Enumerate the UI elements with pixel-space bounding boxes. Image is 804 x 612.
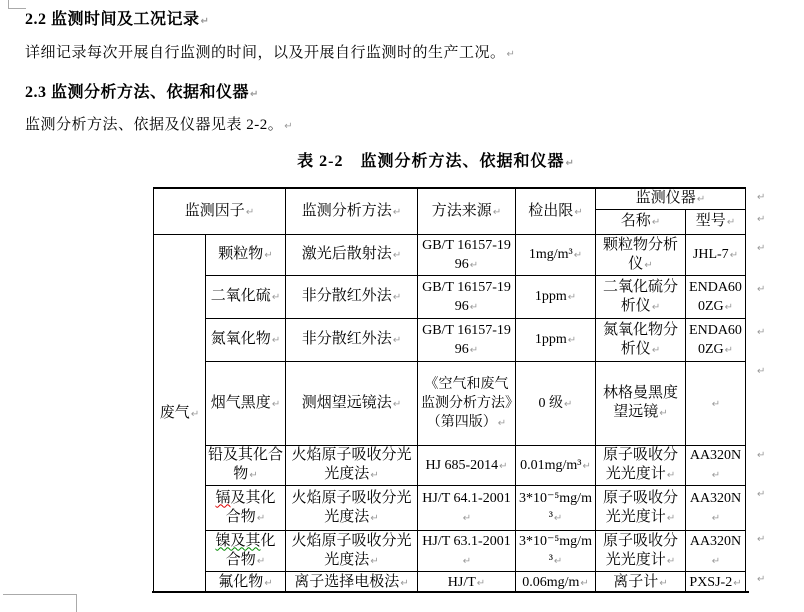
header-cell-limit-text: 检出限 <box>528 203 573 219</box>
cell-instrument-model-text: AA320N <box>690 448 741 463</box>
header-cell-instrument-name-text: 名称 <box>621 213 651 229</box>
cell-source-text: HJ 685-2014 <box>425 458 498 473</box>
paragraph-mark: ↵ <box>568 292 576 303</box>
paragraph-mark: ↵ <box>201 16 210 27</box>
header-cell-instrument-model-text: 型号 <box>696 213 726 229</box>
paragraph-mark: ↵ <box>272 399 280 410</box>
paragraph-mark: ↵ <box>463 513 471 524</box>
header-cell-limit: 检出限↵ <box>516 188 596 235</box>
header-cell-method-text: 监测分析方法 <box>302 203 392 219</box>
table-row: 废气↵颗粒物↵激光后散射法↵GB/T 16157-1996↵1mg/m³↵颗粒物… <box>154 235 746 276</box>
table-caption-text: 表 2-2 监测分析方法、依据和仪器 <box>297 153 564 170</box>
cell-source: GB/T 16157-1996↵ <box>418 319 516 362</box>
cell-source: HJ/T 64.1-2001↵ <box>418 486 516 531</box>
factor-text-squiggle-green: 镍及其 <box>215 533 260 549</box>
cell-source-text: HJ/T <box>448 575 476 590</box>
cell-limit: 1mg/m³↵ <box>516 235 596 276</box>
paragraph-mark: ↵ <box>264 578 272 589</box>
table-row: 氮氧化物↵非分散红外法↵GB/T 16157-1996↵1ppm↵氮氧化物分析仪… <box>154 319 746 362</box>
row-end-mark: ↵ <box>757 243 765 254</box>
paragraph-mark: ↵ <box>725 302 733 313</box>
table-row: 氟化物↵离子选择电极法↵HJ/T↵0.06mg/m↵离子计↵PXSJ-2↵ <box>154 572 746 592</box>
paragraph-mark: ↵ <box>257 556 265 567</box>
paragraph-mark: ↵ <box>712 513 720 524</box>
cell-factor: 烟气黑度↵ <box>206 362 286 446</box>
table-body: 废气↵颗粒物↵激光后散射法↵GB/T 16157-1996↵1mg/m³↵颗粒物… <box>154 235 746 592</box>
paragraph-mark: ↵ <box>667 556 675 567</box>
paragraph-mark: ↵ <box>659 578 667 589</box>
factor-text: 烟气黑度 <box>211 395 271 411</box>
text-boundary-mark-top-left-v <box>8 0 9 8</box>
cell-limit-text: 1ppm <box>535 289 567 304</box>
cell-limit: 0.06mg/m↵ <box>516 572 596 592</box>
cell-instrument-model-text: AA320N <box>690 534 741 549</box>
row-end-mark: ↵ <box>757 489 765 500</box>
cell-method-text: 测烟望远镜法 <box>302 395 392 411</box>
paragraph-mark: ↵ <box>477 578 485 589</box>
header-row-1: 监测因子↵监测分析方法↵方法来源↵检出限↵监测仪器↵ <box>154 188 746 210</box>
cell-instrument-name-text: 氮氧化物分析仪 <box>603 322 678 357</box>
cell-instrument-name: 氮氧化物分析仪↵ <box>596 319 686 362</box>
cell-method-text: 火焰原子吸收分光光度法 <box>291 533 411 568</box>
table-row: 镍及其化合物↵火焰原子吸收分光光度法↵HJ/T 63.1-2001↵3*10⁻⁵… <box>154 531 746 572</box>
section-heading-2-3-text: 2.3 监测分析方法、依据和仪器 <box>25 84 249 101</box>
cell-instrument-name: 原子吸收分光光度计↵ <box>596 446 686 486</box>
paragraph-mark: ↵ <box>249 470 257 481</box>
paragraph-mark: ↵ <box>191 409 199 420</box>
paragraph-mark: ↵ <box>393 250 401 261</box>
factor-text: 铅及其化合物 <box>208 447 283 482</box>
paragraph-mark: ↵ <box>667 513 675 524</box>
header-cell-factor: 监测因子↵ <box>154 188 286 235</box>
monitoring-table-container: 监测因子↵监测分析方法↵方法来源↵检出限↵监测仪器↵名称↵型号↵ 废气↵颗粒物↵… <box>153 187 753 591</box>
cell-method-text: 火焰原子吸收分光光度法 <box>291 447 411 482</box>
cell-limit: 3*10⁻⁵mg/m³↵ <box>516 531 596 572</box>
paragraph-mark: ↵ <box>370 556 378 567</box>
cell-factor: 铅及其化合物↵ <box>206 446 286 486</box>
cell-source: HJ/T↵ <box>418 572 516 592</box>
cell-instrument-model: JHL-7↵ <box>686 235 746 276</box>
text-boundary-mark-bottom-left-h <box>3 594 77 595</box>
cell-limit: 0 级↵ <box>516 362 596 446</box>
paragraph-mark: ↵ <box>272 292 280 303</box>
paragraph-mark: ↵ <box>284 121 293 132</box>
cell-limit-text: 0.01mg/m³ <box>520 458 581 473</box>
cell-limit: 0.01mg/m³↵ <box>516 446 596 486</box>
table-header: 监测因子↵监测分析方法↵方法来源↵检出限↵监测仪器↵名称↵型号↵ <box>154 188 746 235</box>
cell-instrument-model: ENDA600ZG↵ <box>686 319 746 362</box>
row-end-mark: ↵ <box>757 327 765 338</box>
paragraph-table-reference: 监测分析方法、依据及仪器见表 2-2。↵ <box>25 113 293 134</box>
row-end-mark: ↵ <box>757 534 765 545</box>
factor-text: 氮氧化物 <box>211 331 271 347</box>
paragraph-mark: ↵ <box>568 335 576 346</box>
paragraph-mark: ↵ <box>393 207 401 218</box>
factor-text-squiggle-red: 镉 <box>215 490 230 506</box>
paragraph-mark: ↵ <box>554 556 562 567</box>
paragraph-mark: ↵ <box>400 578 408 589</box>
section-heading-2-2-text: 2.2 监测时间及工况记录 <box>25 11 200 28</box>
cell-instrument-model: AA320N↵ <box>686 446 746 486</box>
cell-instrument-name: 二氧化硫分析仪↵ <box>596 276 686 319</box>
header-cell-source: 方法来源↵ <box>418 188 516 235</box>
text-boundary-mark-top-left-h <box>8 8 26 9</box>
cell-method-text: 非分散红外法 <box>302 288 392 304</box>
row-end-mark: ↵ <box>757 214 765 225</box>
cell-method: 火焰原子吸收分光光度法↵ <box>286 531 418 572</box>
paragraph-mark: ↵ <box>582 461 590 472</box>
cell-factor: 氟化物↵ <box>206 572 286 592</box>
table-row: 二氧化硫↵非分散红外法↵GB/T 16157-1996↵1ppm↵二氧化硫分析仪… <box>154 276 746 319</box>
cell-method-text: 激光后散射法 <box>302 246 392 262</box>
paragraph-mark: ↵ <box>470 302 478 313</box>
paragraph-mark: ↵ <box>644 260 652 271</box>
cell-limit: 1ppm↵ <box>516 319 596 362</box>
header-cell-instrument-text: 监测仪器 <box>636 190 696 206</box>
paragraph-mark: ↵ <box>370 513 378 524</box>
paragraph-table-reference-text: 监测分析方法、依据及仪器见表 2-2。 <box>25 117 283 133</box>
cell-instrument-model-text: JHL-7 <box>693 247 729 262</box>
cell-method-text: 非分散红外法 <box>302 331 392 347</box>
header-cell-instrument-name: 名称↵ <box>596 210 686 235</box>
table-row: 铅及其化合物↵火焰原子吸收分光光度法↵HJ 685-2014↵0.01mg/m³… <box>154 446 746 486</box>
paragraph-mark: ↵ <box>393 292 401 303</box>
paragraph-mark: ↵ <box>727 217 735 228</box>
paragraph-mark: ↵ <box>725 345 733 356</box>
paragraph-mark: ↵ <box>493 207 501 218</box>
cell-source-text: HJ/T 64.1-2001 <box>422 491 510 506</box>
table-row: 烟气黑度↵测烟望远镜法↵《空气和废气监测分析方法》（第四版）↵0 级↵林格曼黑度… <box>154 362 746 446</box>
paragraph-monitoring-record: 详细记录每次开展自行监测的时间，以及开展自行监测时的生产工况。↵ <box>25 41 515 62</box>
cell-method: 测烟望远镜法↵ <box>286 362 418 446</box>
cell-limit-text: 0.06mg/m <box>522 575 579 590</box>
cell-instrument-model-text: ENDA600ZG <box>689 323 742 357</box>
cell-instrument-model: AA320N↵ <box>686 531 746 572</box>
cell-source: HJ 685-2014↵ <box>418 446 516 486</box>
factor-text: 颗粒物 <box>218 246 263 262</box>
cell-instrument-name: 原子吸收分光光度计↵ <box>596 531 686 572</box>
cell-instrument-model-text: PXSJ-2 <box>689 575 732 590</box>
cell-instrument-model: ENDA600ZG↵ <box>686 276 746 319</box>
paragraph-mark: ↵ <box>565 158 574 169</box>
paragraph-mark: ↵ <box>733 578 741 589</box>
row-end-mark: ↵ <box>757 366 765 377</box>
cell-instrument-model: ↵ <box>686 362 746 446</box>
category-cell-waste-gas: 废气↵ <box>154 235 206 592</box>
cell-limit-text: 0 级 <box>539 396 564 411</box>
cell-factor: 镍及其化合物↵ <box>206 531 286 572</box>
cell-source: 《空气和废气监测分析方法》（第四版）↵ <box>418 362 516 446</box>
cell-factor: 氮氧化物↵ <box>206 319 286 362</box>
cell-method-text: 火焰原子吸收分光光度法 <box>291 490 411 525</box>
cell-limit-text: 1ppm <box>535 332 567 347</box>
cell-instrument-name-text: 二氧化硫分析仪 <box>603 279 678 314</box>
text-boundary-mark-bottom-left-v <box>76 594 77 612</box>
paragraph-mark: ↵ <box>580 578 588 589</box>
paragraph-mark: ↵ <box>564 399 572 410</box>
cell-source-text: GB/T 16157-1996 <box>422 238 511 272</box>
paragraph-mark: ↵ <box>370 470 378 481</box>
cell-limit: 3*10⁻⁵mg/m³↵ <box>516 486 596 531</box>
cell-instrument-model: PXSJ-2↵ <box>686 572 746 592</box>
cell-instrument-name: 林格曼黑度望远镜↵ <box>596 362 686 446</box>
paragraph-mark: ↵ <box>574 207 582 218</box>
paragraph-mark: ↵ <box>470 260 478 271</box>
table-row: 镉及其化合物↵火焰原子吸收分光光度法↵HJ/T 64.1-2001↵3*10⁻⁵… <box>154 486 746 531</box>
paragraph-mark: ↵ <box>652 302 660 313</box>
paragraph-mark: ↵ <box>712 556 720 567</box>
table-caption: 表 2-2 监测分析方法、依据和仪器↵ <box>140 148 732 171</box>
paragraph-mark: ↵ <box>393 399 401 410</box>
header-cell-instrument: 监测仪器↵ <box>596 188 746 210</box>
paragraph-mark: ↵ <box>574 250 582 261</box>
cell-method: 非分散红外法↵ <box>286 319 418 362</box>
cell-method: 离子选择电极法↵ <box>286 572 418 592</box>
word-document-page: { "doc": { "heading1": "2.2 监测时间及工况记录", … <box>0 0 804 612</box>
factor-text: 氟化物 <box>218 574 263 590</box>
cell-instrument-model-text: AA320N <box>690 491 741 506</box>
paragraph-mark: ↵ <box>264 250 272 261</box>
cell-source: GB/T 16157-1996↵ <box>418 235 516 276</box>
cell-method: 激光后散射法↵ <box>286 235 418 276</box>
paragraph-mark: ↵ <box>712 399 720 410</box>
paragraph-mark: ↵ <box>250 89 259 100</box>
paragraph-mark: ↵ <box>659 408 667 419</box>
paragraph-mark: ↵ <box>507 49 516 60</box>
paragraph-mark: ↵ <box>712 470 720 481</box>
paragraph-mark: ↵ <box>499 461 507 472</box>
paragraph-mark: ↵ <box>652 217 660 228</box>
cell-factor: 二氧化硫↵ <box>206 276 286 319</box>
paragraph-mark: ↵ <box>498 418 506 429</box>
cell-instrument-model: AA320N↵ <box>686 486 746 531</box>
cell-instrument-name-text: 离子计 <box>613 574 658 590</box>
cell-limit: 1ppm↵ <box>516 276 596 319</box>
paragraph-mark: ↵ <box>272 335 280 346</box>
section-heading-2-2: 2.2 监测时间及工况记录↵ <box>25 6 209 29</box>
section-heading-2-3: 2.3 监测分析方法、依据和仪器↵ <box>25 79 259 102</box>
paragraph-monitoring-record-text: 详细记录每次开展自行监测的时间，以及开展自行监测时的生产工况。 <box>25 45 506 61</box>
row-end-mark: ↵ <box>757 192 765 203</box>
row-end-mark: ↵ <box>757 574 765 585</box>
cell-method: 火焰原子吸收分光光度法↵ <box>286 486 418 531</box>
paragraph-mark: ↵ <box>257 513 265 524</box>
table-cut-line <box>152 591 749 593</box>
cell-source-text: HJ/T 63.1-2001 <box>422 534 510 549</box>
cell-instrument-name: 颗粒物分析仪↵ <box>596 235 686 276</box>
paragraph-mark: ↵ <box>667 470 675 481</box>
factor-text: 及其化合物 <box>226 490 276 525</box>
paragraph-mark: ↵ <box>554 513 562 524</box>
paragraph-mark: ↵ <box>463 556 471 567</box>
cell-limit-text: 1mg/m³ <box>529 247 573 262</box>
monitoring-methods-table: 监测因子↵监测分析方法↵方法来源↵检出限↵监测仪器↵名称↵型号↵ 废气↵颗粒物↵… <box>153 187 746 591</box>
cell-source-text: GB/T 16157-1996 <box>422 323 511 357</box>
cell-source: GB/T 16157-1996↵ <box>418 276 516 319</box>
paragraph-mark: ↵ <box>470 345 478 356</box>
cell-method: 非分散红外法↵ <box>286 276 418 319</box>
header-cell-method: 监测分析方法↵ <box>286 188 418 235</box>
cell-factor: 颗粒物↵ <box>206 235 286 276</box>
paragraph-mark: ↵ <box>652 345 660 356</box>
header-cell-factor-text: 监测因子 <box>185 203 245 219</box>
cell-instrument-model-text: ENDA600ZG <box>689 280 742 314</box>
cell-source: HJ/T 63.1-2001↵ <box>418 531 516 572</box>
cell-instrument-name: 原子吸收分光光度计↵ <box>596 486 686 531</box>
cell-source-text: GB/T 16157-1996 <box>422 280 511 314</box>
cell-method: 火焰原子吸收分光光度法↵ <box>286 446 418 486</box>
cell-factor: 镉及其化合物↵ <box>206 486 286 531</box>
header-cell-instrument-model: 型号↵ <box>686 210 746 235</box>
cell-instrument-name: 离子计↵ <box>596 572 686 592</box>
cell-method-text: 离子选择电极法 <box>294 574 399 590</box>
cell-instrument-name-text: 颗粒物分析仪 <box>603 237 678 272</box>
category-cell-waste-gas-text: 废气 <box>160 405 190 421</box>
paragraph-mark: ↵ <box>730 250 738 261</box>
paragraph-mark: ↵ <box>393 335 401 346</box>
header-cell-source-text: 方法来源 <box>432 203 492 219</box>
paragraph-mark: ↵ <box>697 194 705 205</box>
row-end-mark: ↵ <box>757 284 765 295</box>
row-end-mark: ↵ <box>757 450 765 461</box>
paragraph-mark: ↵ <box>246 207 254 218</box>
factor-text: 二氧化硫 <box>211 288 271 304</box>
